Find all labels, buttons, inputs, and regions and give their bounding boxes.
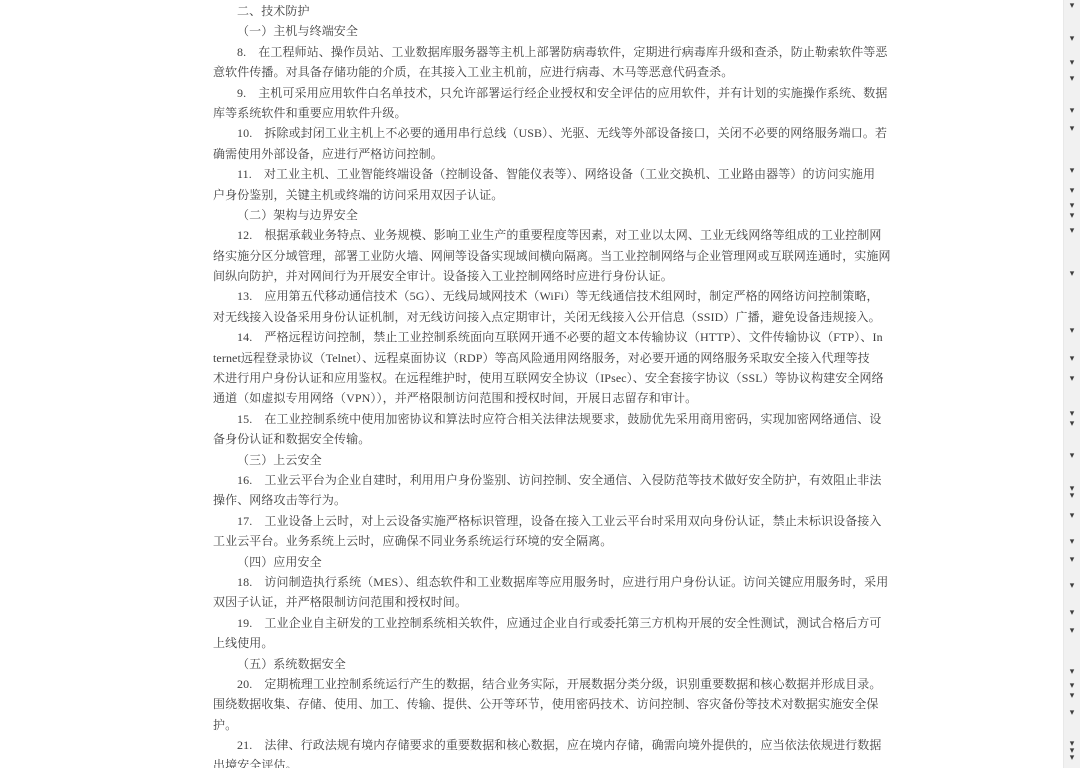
text-line: 备身份认证和数据安全传输。 [213,429,863,449]
text-line: 15. 在工业控制系统中使用加密协议和算法时应符合相关法律法规要求，鼓励优先采用… [213,409,863,429]
annotation-marker-icon: ▾ [1067,627,1077,636]
annotation-marker-icon: ▾ [1067,538,1077,547]
text-line: 17. 工业设备上云时，对上云设备实施严格标识管理，设备在接入工业云平台时采用双… [213,511,863,531]
annotation-marker-icon: ▾ [1067,355,1077,364]
annotation-marker-icon: ▾ [1067,59,1077,68]
text-line: 21. 法律、行政法规有境内存储要求的重要数据和核心数据，应在境内存储，确需向境… [213,735,863,755]
annotation-marker-icon: ▾ [1067,754,1077,763]
annotation-marker-icon: ▾ [1067,420,1077,429]
document-body: 二、技术防护（一）主机与终端安全8. 在工程师站、操作员站、工业数据库服务器等主… [213,1,863,768]
text-line: 10. 拆除或封闭工业主机上不必要的通用串行总线（USB）、光驱、无线等外部设备… [213,123,863,143]
annotation-marker-icon: ▾ [1067,375,1077,384]
right-margin-strip: ▾▾▾▾▾▾▾▾▾▾▾▾▾▾▾▾▾▾▾▾▾▾▾▾▾▾▾▾▾▾▾▾▾ [1063,0,1080,768]
annotation-marker-icon: ▾ [1067,668,1077,677]
annotation-marker-icon: ▾ [1067,682,1077,691]
text-line: 库等系统软件和重要应用软件升级。 [213,103,863,123]
text-line: ternet远程登录协议（Telnet）、远程桌面协议（RDP）等高风险通用网络… [213,348,863,368]
annotation-marker-icon: ▾ [1067,556,1077,565]
text-line: 18. 访问制造执行系统（MES）、组态软件和工业数据库等应用服务时，应进行用户… [213,572,863,592]
text-line: 11. 对工业主机、工业智能终端设备（控制设备、智能仪表等）、网络设备（工业交换… [213,164,863,184]
text-line: 12. 根据承载业务特点、业务规模、影响工业生产的重要程度等因素，对工业以太网、… [213,225,863,245]
text-line: 操作、网络攻击等行为。 [213,490,863,510]
annotation-marker-icon: ▾ [1067,202,1077,211]
text-line: 术进行用户身份认证和应用鉴权。在远程维护时，使用互联网安全协议（IPsec）、安… [213,368,863,388]
annotation-marker-icon: ▾ [1067,492,1077,501]
text-line: 20. 定期梳理工业控制系统运行产生的数据，结合业务实际，开展数据分类分级，识别… [213,674,863,694]
annotation-marker-icon: ▾ [1067,75,1077,84]
text-line: 意软件传播。对具备存储功能的介质，在其接入工业主机前，应进行病毒、木马等恶意代码… [213,62,863,82]
annotation-marker-icon: ▾ [1067,107,1077,116]
annotation-marker-icon: ▾ [1067,452,1077,461]
annotation-marker-icon: ▾ [1067,327,1077,336]
text-line: 对无线接入设备采用身份认证机制，对无线访问接入点定期审计，关闭无线接入公开信息（… [213,307,863,327]
text-line: 通道（如虚拟专用网络（VPN）），并严格限制访问范围和授权时间，开展日志留存和审… [213,388,863,408]
annotation-marker-icon: ▾ [1067,167,1077,176]
annotation-marker-icon: ▾ [1067,212,1077,221]
text-line: 户身份鉴别，关键主机或终端的访问采用双因子认证。 [213,185,863,205]
document-page: 二、技术防护（一）主机与终端安全8. 在工程师站、操作员站、工业数据库服务器等主… [0,0,1080,768]
text-line: 16. 工业云平台为企业自建时，利用用户身份鉴别、访问控制、安全通信、入侵防范等… [213,470,863,490]
text-line: 间纵向防护，并对网间行为开展安全审计。设备接入工业控制网络时应进行身份认证。 [213,266,863,286]
annotation-marker-icon: ▾ [1067,35,1077,44]
text-line: 双因子认证，并严格限制访问范围和授权时间。 [213,592,863,612]
text-line: 9. 主机可采用应用软件白名单技术，只允许部署运行经企业授权和安全评估的应用软件… [213,83,863,103]
text-line: 工业云平台。业务系统上云时，应确保不同业务系统运行环境的安全隔离。 [213,531,863,551]
text-line: 二、技术防护 [213,1,863,21]
annotation-marker-icon: ▾ [1067,512,1077,521]
text-line: （四）应用安全 [213,552,863,572]
text-line: 8. 在工程师站、操作员站、工业数据库服务器等主机上部署防病毒软件，定期进行病毒… [213,42,863,62]
text-line: 确需使用外部设备，应进行严格访问控制。 [213,144,863,164]
text-line: 上线使用。 [213,633,863,653]
text-line: 围绕数据收集、存储、使用、加工、传输、提供、公开等环节，使用密码技术、访问控制、… [213,694,863,714]
annotation-marker-icon: ▾ [1067,270,1077,279]
text-line: （一）主机与终端安全 [213,21,863,41]
annotation-marker-icon: ▾ [1067,609,1077,618]
text-line: 19. 工业企业自主研发的工业控制系统相关软件，应通过企业自行或委托第三方机构开… [213,613,863,633]
annotation-marker-icon: ▾ [1067,125,1077,134]
annotation-marker-icon: ▾ [1067,410,1077,419]
text-line: （三）上云安全 [213,450,863,470]
text-line: 出境安全评估。 [213,755,863,768]
text-line: （二）架构与边界安全 [213,205,863,225]
annotation-marker-icon: ▾ [1067,187,1077,196]
annotation-marker-icon: ▾ [1067,692,1077,701]
text-line: 络实施分区分域管理，部署工业防火墙、网闸等设备实现域间横向隔离。当工业控制网络与… [213,246,863,266]
text-line: 护。 [213,715,863,735]
annotation-marker-icon: ▾ [1067,709,1077,718]
text-line: 13. 应用第五代移动通信技术（5G）、无线局域网技术（WiFi）等无线通信技术… [213,286,863,306]
annotation-marker-icon: ▾ [1067,582,1077,591]
text-line: （五）系统数据安全 [213,654,863,674]
annotation-marker-icon: ▾ [1067,227,1077,236]
annotation-marker-icon: ▾ [1067,2,1077,11]
text-line: 14. 严格远程访问控制，禁止工业控制系统面向互联网开通不必要的超文本传输协议（… [213,327,863,347]
